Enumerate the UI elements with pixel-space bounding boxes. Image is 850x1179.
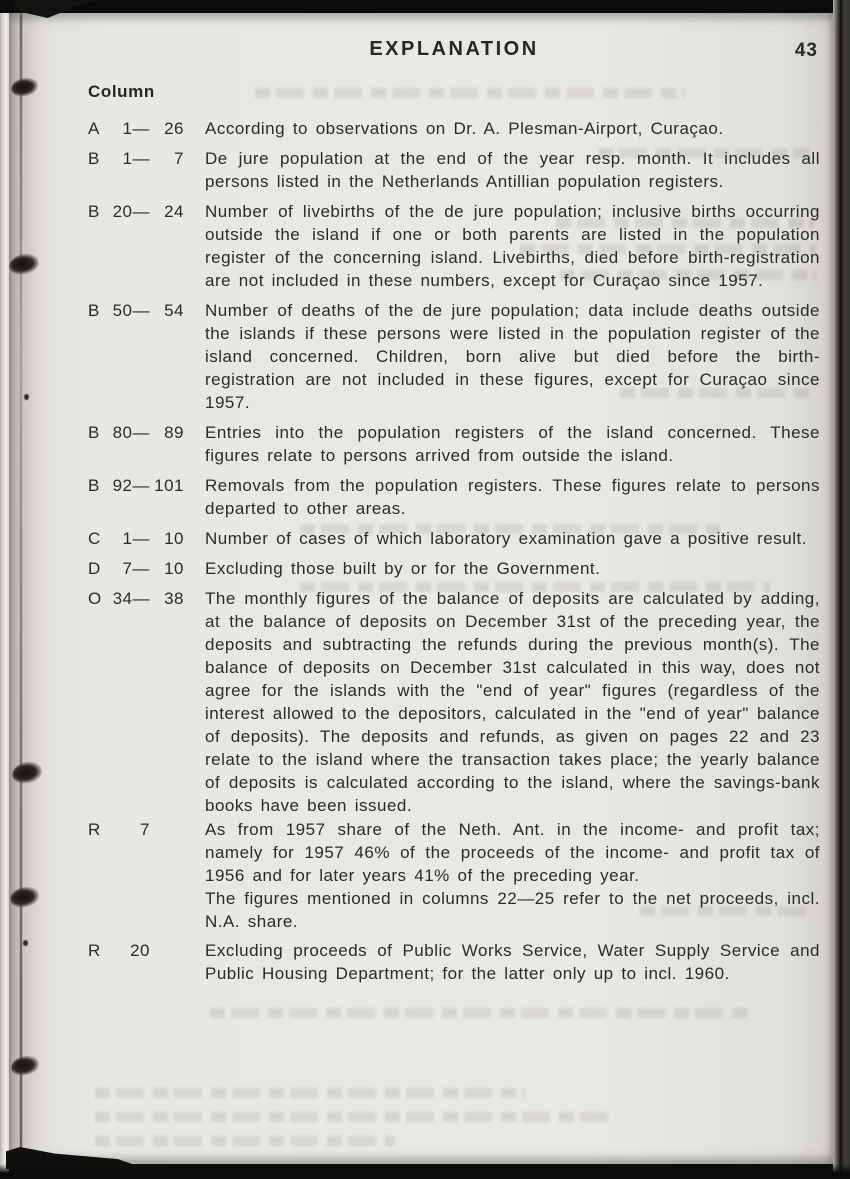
entry-range-from: 50—: [108, 299, 150, 322]
entry-range-to: 10: [150, 557, 184, 580]
entry-paragraph: The figures mentioned in columns 22—25 r…: [205, 887, 820, 933]
entry-description: Removals from the population registers. …: [205, 474, 820, 520]
entry-range-from: 20: [108, 939, 150, 962]
entry-description: As from 1957 share of the Neth. Ant. in …: [205, 818, 820, 933]
entry-paragraph: Entries into the population registers of…: [205, 421, 820, 467]
entry-range-to: [150, 818, 184, 841]
scan-border-top: [0, 0, 850, 13]
entry-column-letter: B: [88, 421, 108, 444]
entry-range-to: 7: [150, 147, 184, 170]
entry-column-range: 1—26: [108, 117, 184, 140]
explanation-entry: B 50—54 Number of deaths of the de jure …: [88, 299, 820, 414]
explanation-entry: B 80—89 Entries into the population regi…: [88, 421, 820, 467]
entry-column-range: 1—10: [108, 527, 184, 550]
entry-range-to: 54: [150, 299, 184, 322]
entry-range-from: 92—: [108, 474, 150, 497]
entry-column-letter: C: [88, 527, 108, 550]
gutter-shadow: [9, 13, 55, 1164]
entry-column-range: 50—54: [108, 299, 184, 322]
entry-paragraph: As from 1957 share of the Neth. Ant. in …: [205, 818, 820, 887]
entry-range-from: 34—: [108, 587, 150, 610]
entry-paragraph: Removals from the population registers. …: [205, 474, 820, 520]
explanation-entry: O 34—38 The monthly figures of the balan…: [88, 587, 820, 817]
entry-range-from: 20—: [108, 200, 150, 223]
entry-paragraph: Excluding proceeds of Public Works Servi…: [205, 939, 820, 985]
entry-column-letter: B: [88, 147, 108, 170]
entry-description: According to observations on Dr. A. Ples…: [205, 117, 820, 140]
entry-column-letter: R: [88, 939, 108, 962]
entry-paragraph: Number of livebirths of the de jure popu…: [205, 200, 820, 292]
entry-description: Excluding proceeds of Public Works Servi…: [205, 939, 820, 985]
entry-description: Number of cases of which laboratory exam…: [205, 527, 820, 550]
explanation-entry: B 1—7 De jure population at the end of t…: [88, 147, 820, 193]
explanation-entry: A 1—26 According to observations on Dr. …: [88, 117, 820, 140]
entry-range-to: 26: [150, 117, 184, 140]
page-number: 43: [795, 39, 818, 62]
page-header: EXPLANATION 43: [88, 38, 820, 64]
entry-range-from: 1—: [108, 527, 150, 550]
page-content: EXPLANATION 43 Column A 1—26 According t…: [88, 38, 820, 985]
binding-speck: [23, 940, 28, 946]
entry-paragraph: The monthly figures of the balance of de…: [205, 587, 820, 817]
entry-column-range: 20—24: [108, 200, 184, 223]
page-stack-edge: [0, 0, 9, 1179]
page-title: EXPLANATION: [369, 38, 538, 61]
entry-range-from: 80—: [108, 421, 150, 444]
entry-description: Number of livebirths of the de jure popu…: [205, 200, 820, 292]
scan-border-right: [833, 0, 850, 1179]
scanned-book-page: EXPLANATION 43 Column A 1—26 According t…: [0, 0, 850, 1179]
entry-range-to: 10: [150, 527, 184, 550]
entry-range-to: [150, 939, 184, 962]
entry-range-to: 38: [150, 587, 184, 610]
entry-paragraph: De jure population at the end of the yea…: [205, 147, 820, 193]
entry-paragraph: Number of deaths of the de jure populati…: [205, 299, 820, 414]
explanation-entry: R 20 Excluding proceeds of Public Works …: [88, 939, 820, 985]
explanation-entry: C 1—10 Number of cases of which laborato…: [88, 527, 820, 550]
entry-range-from: 7—: [108, 557, 150, 580]
entry-column-letter: B: [88, 200, 108, 223]
entry-column-range: 92—101: [108, 474, 184, 497]
binding-crease: [20, 14, 22, 1163]
entry-range-to: 89: [150, 421, 184, 444]
entry-column-letter: D: [88, 557, 108, 580]
entry-range-to: 24: [150, 200, 184, 223]
entry-range-from: 1—: [108, 147, 150, 170]
entry-range-from: 7: [108, 818, 150, 841]
entry-paragraph: Number of cases of which laboratory exam…: [205, 527, 820, 550]
entry-paragraph: According to observations on Dr. A. Ples…: [205, 117, 820, 140]
entry-column-range: 1—7: [108, 147, 184, 170]
explanation-entry: R 7 As from 1957 share of the Neth. Ant.…: [88, 818, 820, 933]
column-heading: Column: [88, 80, 820, 103]
entry-description: De jure population at the end of the yea…: [205, 147, 820, 193]
explanation-entry: B 92—101 Removals from the population re…: [88, 474, 820, 520]
entry-column-range: 20: [108, 939, 184, 962]
entry-description: Entries into the population registers of…: [205, 421, 820, 467]
explanation-entry: B 20—24 Number of livebirths of the de j…: [88, 200, 820, 292]
entry-paragraph: Excluding those built by or for the Gove…: [205, 557, 820, 580]
entries-list: A 1—26 According to observations on Dr. …: [88, 117, 820, 985]
entry-range-to: 101: [150, 474, 184, 497]
entry-column-letter: R: [88, 818, 108, 841]
entry-description: Excluding those built by or for the Gove…: [205, 557, 820, 580]
entry-column-range: 80—89: [108, 421, 184, 444]
entry-range-from: 1—: [108, 117, 150, 140]
entry-column-letter: B: [88, 299, 108, 322]
entry-column-letter: O: [88, 587, 108, 610]
entry-description: Number of deaths of the de jure populati…: [205, 299, 820, 414]
entry-column-range: 34—38: [108, 587, 184, 610]
entry-column-range: 7: [108, 818, 184, 841]
entry-column-letter: B: [88, 474, 108, 497]
entry-column-letter: A: [88, 117, 108, 140]
entry-column-range: 7—10: [108, 557, 184, 580]
explanation-entry: D 7—10 Excluding those built by or for t…: [88, 557, 820, 580]
binding-speck: [24, 394, 29, 400]
entry-description: The monthly figures of the balance of de…: [205, 587, 820, 817]
